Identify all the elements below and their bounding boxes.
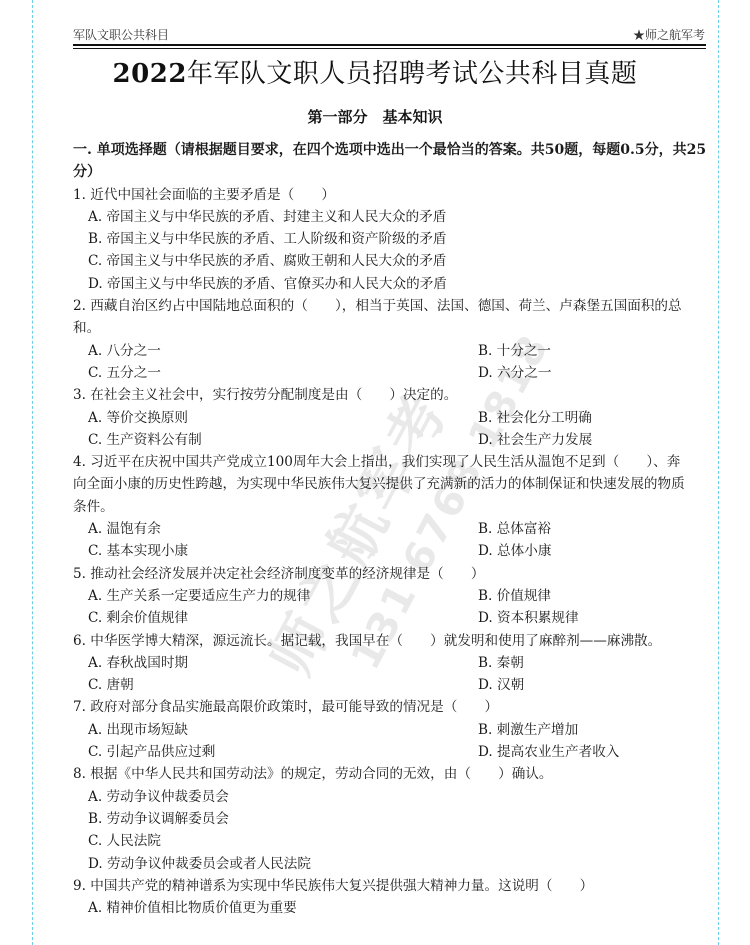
question-5: 5. 推动社会经济发展并决定社会经济制度变革的经济规律是（ ）A. 生产关系一定…: [73, 563, 693, 630]
option-row: C. 基本实现小康D. 总体小康: [73, 540, 693, 562]
question-stem: 5. 推动社会经济发展并决定社会经济制度变革的经济规律是（ ）: [73, 563, 693, 585]
answer-option: A. 八分之一: [88, 340, 161, 362]
answer-option: D. 提高农业生产者收入: [478, 741, 619, 763]
option-row: A. 春秋战国时期B. 秦朝: [73, 652, 693, 674]
question-stem: 4. 习近平在庆祝中国共产党成立100周年大会上指出，我们实现了人民生活从温饱不…: [73, 451, 693, 473]
question-stem: 8. 根据《中华人民共和国劳动法》的规定，劳动合同的无效，由（ ）确认。: [73, 763, 693, 785]
title-text: 年军队文职人员招聘考试公共科目真题: [187, 59, 638, 89]
answer-option: C. 五分之一: [88, 362, 161, 384]
question-8: 8. 根据《中华人民共和国劳动法》的规定，劳动合同的无效，由（ ）确认。A. 劳…: [73, 763, 693, 874]
question-1: 1. 近代中国社会面临的主要矛盾是（ ）A. 帝国主义与中华民族的矛盾、封建主义…: [73, 184, 693, 295]
answer-option: C. 人民法院: [73, 830, 693, 852]
answer-option: B. 刺激生产增加: [478, 719, 578, 741]
question-4: 4. 习近平在庆祝中国共产党成立100周年大会上指出，我们实现了人民生活从温饱不…: [73, 451, 693, 562]
page-title: 2022年军队文职人员招聘考试公共科目真题: [0, 53, 750, 90]
page-border-right: [718, 0, 719, 945]
option-row: A. 等价交换原则B. 社会化分工明确: [73, 407, 693, 429]
answer-option: B. 社会化分工明确: [478, 407, 592, 429]
answer-option: D. 汉朝: [478, 674, 524, 696]
header-rule-thick: [73, 44, 706, 46]
answer-option: B. 秦朝: [478, 652, 524, 674]
header-subject: 军队文职公共科目: [73, 26, 169, 43]
question-9: 9. 中国共产党的精神谱系为实现中华民族伟大复兴提供强大精神力量。这说明（ ）A…: [73, 875, 693, 920]
header-brand: ★师之航军考: [633, 26, 705, 43]
answer-option: D. 总体小康: [478, 540, 551, 562]
answer-option: B. 劳动争议调解委员会: [73, 808, 693, 830]
answer-option: A. 温饱有余: [88, 518, 161, 540]
option-row: C. 引起产品供应过剩D. 提高农业生产者收入: [73, 741, 693, 763]
answer-option: D. 资本积累规律: [478, 607, 579, 629]
answer-option: D. 帝国主义与中华民族的矛盾、官僚买办和人民大众的矛盾: [73, 273, 693, 295]
question-stem: 7. 政府对部分食品实施最高限价政策时，最可能导致的情况是（ ）: [73, 696, 693, 718]
answer-option: A. 等价交换原则: [88, 407, 188, 429]
option-row: A. 八分之一B. 十分之一: [73, 340, 693, 362]
answer-option: D. 劳动争议仲裁委员会或者人民法院: [73, 853, 693, 875]
question-list: 一. 单项选择题（请根据题目要求，在四个选项中选出一个最恰当的答案。共50题，每…: [73, 139, 693, 919]
question-stem: 6. 中华医学博大精深，源远流长。据记载，我国早在（ ）就发明和使用了麻醉剂——…: [73, 630, 693, 652]
title-year: 2022: [113, 59, 187, 89]
answer-option: A. 帝国主义与中华民族的矛盾、封建主义和人民大众的矛盾: [73, 206, 693, 228]
question-stem: 向全面小康的历史性跨越，为实现中华民族伟大复兴提供了充满新的活力的体制保证和快速…: [73, 473, 693, 495]
question-3: 3. 在社会主义社会中，实行按劳分配制度是由（ ）决定的。A. 等价交换原则B.…: [73, 384, 693, 451]
questions-container: 1. 近代中国社会面临的主要矛盾是（ ）A. 帝国主义与中华民族的矛盾、封建主义…: [73, 184, 693, 920]
question-2: 2. 西藏自治区约占中国陆地总面积的（ ），相当于英国、法国、德国、荷兰、卢森堡…: [73, 295, 693, 384]
question-stem: 条件。: [73, 496, 693, 518]
instructions-line-2: 分）: [73, 161, 693, 183]
answer-option: D. 社会生产力发展: [478, 429, 592, 451]
question-stem: 9. 中国共产党的精神谱系为实现中华民族伟大复兴提供强大精神力量。这说明（ ）: [73, 875, 693, 897]
running-header: 军队文职公共科目 ★师之航军考: [73, 26, 705, 42]
question-stem: 和。: [73, 317, 693, 339]
option-row: A. 出现市场短缺B. 刺激生产增加: [73, 719, 693, 741]
question-stem: 1. 近代中国社会面临的主要矛盾是（ ）: [73, 184, 693, 206]
answer-option: C. 唐朝: [88, 674, 134, 696]
option-row: C. 生产资料公有制D. 社会生产力发展: [73, 429, 693, 451]
question-7: 7. 政府对部分食品实施最高限价政策时，最可能导致的情况是（ ）A. 出现市场短…: [73, 696, 693, 763]
answer-option: A. 生产关系一定要适应生产力的规律: [88, 585, 310, 607]
answer-option: C. 帝国主义与中华民族的矛盾、腐败王朝和人民大众的矛盾: [73, 250, 693, 272]
question-stem: 2. 西藏自治区约占中国陆地总面积的（ ），相当于英国、法国、德国、荷兰、卢森堡…: [73, 295, 693, 317]
answer-option: C. 剩余价值规律: [88, 607, 188, 629]
option-row: C. 五分之一D. 六分之一: [73, 362, 693, 384]
answer-option: C. 基本实现小康: [88, 540, 188, 562]
option-row: C. 剩余价值规律D. 资本积累规律: [73, 607, 693, 629]
answer-option: B. 十分之一: [478, 340, 551, 362]
answer-option: C. 引起产品供应过剩: [88, 741, 215, 763]
option-row: A. 温饱有余B. 总体富裕: [73, 518, 693, 540]
answer-option: A. 春秋战国时期: [88, 652, 188, 674]
page-border-left: [32, 0, 33, 945]
answer-option: B. 帝国主义与中华民族的矛盾、工人阶级和资产阶级的矛盾: [73, 228, 693, 250]
answer-option: A. 劳动争议仲裁委员会: [73, 786, 693, 808]
option-row: C. 唐朝D. 汉朝: [73, 674, 693, 696]
answer-option: A. 精神价值相比物质价值更为重要: [73, 897, 693, 919]
option-row: A. 生产关系一定要适应生产力的规律B. 价值规律: [73, 585, 693, 607]
question-6: 6. 中华医学博大精深，源远流长。据记载，我国早在（ ）就发明和使用了麻醉剂——…: [73, 630, 693, 697]
instructions-line-1: 一. 单项选择题（请根据题目要求，在四个选项中选出一个最恰当的答案。共50题，每…: [73, 139, 693, 161]
answer-option: B. 总体富裕: [478, 518, 551, 540]
answer-option: A. 出现市场短缺: [88, 719, 188, 741]
answer-option: B. 价值规律: [478, 585, 551, 607]
answer-option: C. 生产资料公有制: [88, 429, 202, 451]
answer-option: D. 六分之一: [478, 362, 551, 384]
header-rule-thin: [73, 48, 706, 49]
section-heading: 第一部分 基本知识: [0, 106, 750, 127]
question-stem: 3. 在社会主义社会中，实行按劳分配制度是由（ ）决定的。: [73, 384, 693, 406]
